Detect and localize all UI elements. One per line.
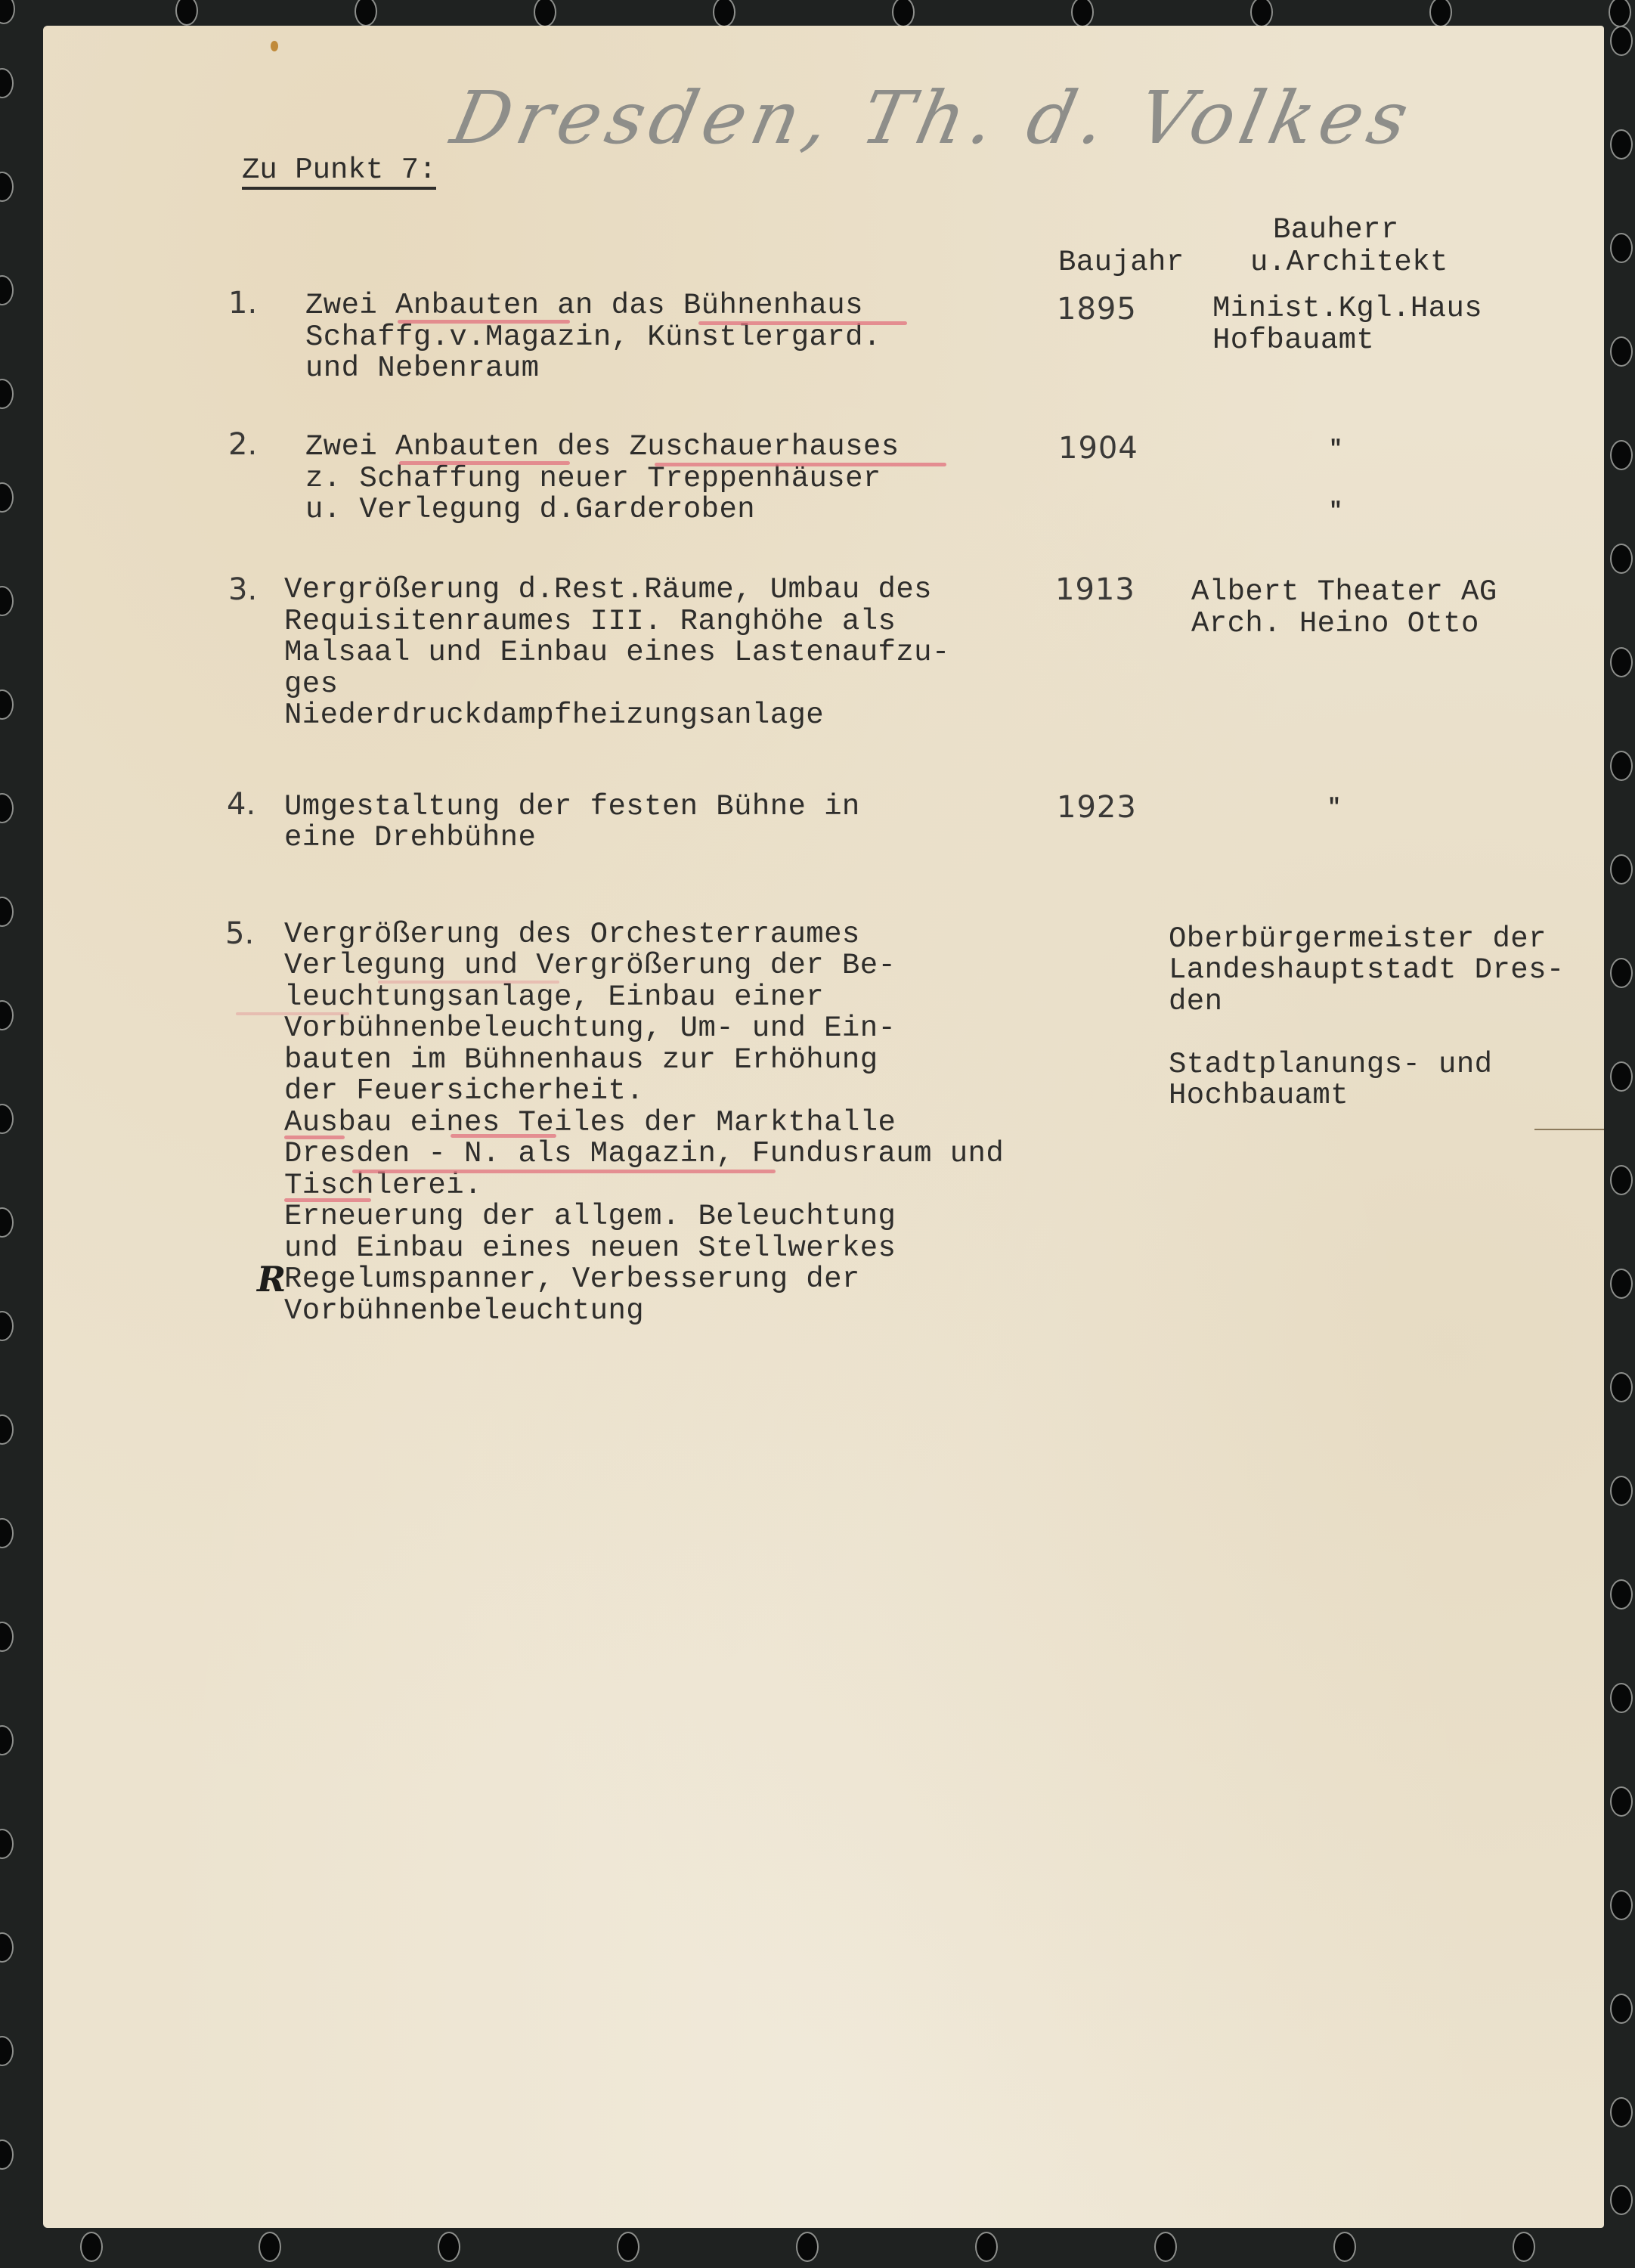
item-builder-line: Minist.Kgl.Haus [1212, 293, 1482, 325]
item-text-line: ges [284, 669, 338, 701]
builder-column-header-line2: u.Architekt [1250, 247, 1448, 279]
item-text-line: bauten im Bühnenhaus zur Erhöhung [284, 1045, 878, 1077]
ditto-mark: " [1329, 437, 1342, 463]
binder-hole [1610, 1372, 1633, 1402]
item-text-line: Vorbühnenbeleuchtung [284, 1296, 644, 1328]
binder-hole [1333, 2232, 1356, 2262]
binder-hole [0, 1104, 14, 1134]
item-text-line: z. Schaffung neuer Treppenhäuser [305, 463, 881, 495]
item-number: 3. [228, 572, 257, 607]
binder-hole [0, 2139, 14, 2170]
year-column-header: Baujahr [1058, 247, 1184, 279]
binder-hole [1250, 0, 1273, 27]
item-text-line: der Feuersicherheit. [284, 1076, 644, 1108]
binder-hole [1610, 1994, 1633, 2024]
binder-hole [0, 1725, 14, 1755]
binder-hole [0, 1932, 14, 1963]
red-underline [284, 1198, 371, 1202]
item-text-line: Vorbühnenbeleuchtung, Um- und Ein- [284, 1013, 896, 1045]
binder-hole [1610, 1890, 1633, 1920]
item-text-line: Erneuerung der allgem. Beleuchtung [284, 1201, 896, 1233]
binder-hole [1513, 2232, 1535, 2262]
binder-hole [1610, 129, 1633, 160]
binder-hole [1610, 336, 1633, 367]
item-year: 1913 [1055, 572, 1135, 607]
item-text-line: Zwei Anbauten an das Bühnenhaus [305, 290, 863, 322]
binder-hole [0, 68, 14, 98]
binder-hole [0, 1000, 14, 1030]
binder-hole [0, 586, 14, 616]
binder-hole [175, 0, 198, 26]
item-text-line: und Einbau eines neuen Stellwerkes [284, 1233, 896, 1265]
binder-hole [1609, 0, 1631, 27]
binder-hole [1610, 1786, 1633, 1817]
item-year: 1895 [1057, 292, 1137, 327]
binder-hole [796, 2232, 819, 2262]
binder-hole [80, 2232, 103, 2262]
paper-crease [1534, 1129, 1604, 1130]
item-text-line: leuchtungsanlage, Einbau einer [284, 982, 824, 1014]
item-number: 4. [227, 787, 255, 822]
item-text-line: Verlegung und Vergrößerung der Be- [284, 950, 896, 982]
binder-hole [0, 379, 14, 409]
ditto-mark: " [1329, 499, 1342, 525]
ink-correction-mark: R [257, 1259, 286, 1300]
item-builder-line: Stadtplanungs- und [1169, 1049, 1492, 1081]
item-year: 1904 [1058, 431, 1138, 466]
binder-hole [0, 2036, 14, 2066]
binder-hole [0, 689, 14, 720]
section-heading: Zu Punkt 7: [242, 153, 436, 190]
binder-hole [0, 1622, 14, 1652]
binder-hole [0, 1414, 14, 1445]
item-text-line: Umgestaltung der festen Bühne in [284, 792, 860, 823]
red-underline [399, 461, 570, 465]
binder-hole [0, 1518, 14, 1548]
binder-hole [1610, 1579, 1633, 1610]
binder-hole [1071, 0, 1094, 27]
item-text-line: Zwei Anbauten des Zuschauerhauses [305, 432, 900, 463]
item-text-line: Malsaal und Einbau eines Lastenaufzu- [284, 637, 950, 669]
item-text-line: Vergrößerung d.Rest.Räume, Umbau des [284, 575, 932, 606]
item-builder-line: den [1169, 987, 1222, 1018]
item-text-line: Schaffg.v.Magazin, Künstlergard. [305, 322, 881, 354]
binder-hole [1610, 1476, 1633, 1506]
binder-hole [1610, 1165, 1633, 1195]
binder-hole [1610, 751, 1633, 781]
item-text-line: Niederdruckdampfheizungsanlage [284, 700, 824, 732]
binder-hole [892, 0, 915, 27]
binder-hole [1610, 2185, 1633, 2215]
item-builder-line: Hochbauamt [1169, 1080, 1349, 1112]
item-builder-line: Arch. Heino Otto [1191, 609, 1479, 640]
binder-hole [1610, 26, 1633, 56]
red-underline [236, 1012, 349, 1015]
ditto-mark: " [1327, 795, 1341, 821]
binder-hole [1154, 2232, 1177, 2262]
binder-hole [438, 2232, 460, 2262]
binder-hole [1610, 647, 1633, 677]
item-number: 5. [225, 916, 254, 951]
binder-hole [0, 0, 15, 24]
binder-hole [355, 0, 377, 26]
item-number: 1. [228, 286, 257, 321]
item-builder-line: Albert Theater AG [1191, 577, 1497, 609]
red-underline [284, 1136, 345, 1139]
item-text-line: Ausbau eines Teiles der Markthalle [284, 1108, 896, 1139]
item-text-line: und Nebenraum [305, 353, 539, 385]
binder-hole [1610, 1269, 1633, 1299]
binder-hole [1610, 544, 1633, 574]
paper-stain [271, 41, 278, 51]
binder-hole [713, 0, 735, 27]
red-underline [451, 1134, 556, 1138]
item-text-line: Tischlerei. [284, 1170, 482, 1202]
red-underline [655, 463, 946, 466]
binder-hole [1429, 0, 1452, 27]
binder-hole [534, 0, 556, 27]
binder-hole [1610, 2097, 1633, 2127]
red-underline [378, 981, 559, 984]
binder-hole [0, 275, 14, 305]
item-builder-line: Hofbauamt [1212, 325, 1374, 357]
binder-hole [0, 1829, 14, 1859]
binder-hole [975, 2232, 998, 2262]
binder-hole [1610, 854, 1633, 885]
item-number: 2. [228, 427, 257, 462]
red-underline [698, 321, 907, 325]
binder-hole [0, 1207, 14, 1238]
item-text-line: u. Verlegung d.Garderoben [305, 494, 755, 526]
item-text-line: Dresden - N. als Magazin, Fundusraum und [284, 1139, 1004, 1170]
binder-hole [1610, 1061, 1633, 1092]
binder-hole [1610, 1683, 1633, 1713]
binder-hole [0, 793, 14, 823]
binder-hole [0, 897, 14, 927]
binder-hole [1610, 440, 1633, 470]
item-builder-line: Landeshauptstadt Dres- [1169, 955, 1565, 987]
item-text-line: eine Drehbühne [284, 823, 536, 854]
binder-hole [0, 1311, 14, 1341]
item-builder-line: Oberbürgermeister der [1169, 924, 1547, 956]
binder-hole [1610, 233, 1633, 263]
item-year: 1923 [1057, 790, 1137, 825]
binder-hole [0, 482, 14, 513]
handwritten-annotation: Dresden, Th. d. Volkes [444, 76, 1422, 160]
builder-column-header-line1: Bauherr [1273, 215, 1399, 246]
binder-hole [617, 2232, 639, 2262]
binder-hole [0, 172, 14, 202]
binder-hole [259, 2232, 281, 2262]
item-text-line: Requisitenraumes III. Ranghöhe als [284, 606, 896, 638]
red-underline [352, 1170, 776, 1173]
item-text-line: Regelumspanner, Verbesserung der [284, 1264, 860, 1296]
item-text-line: Vergrößerung des Orchesterraumes [284, 919, 860, 951]
binder-hole [1610, 958, 1633, 988]
red-underline [398, 320, 570, 324]
